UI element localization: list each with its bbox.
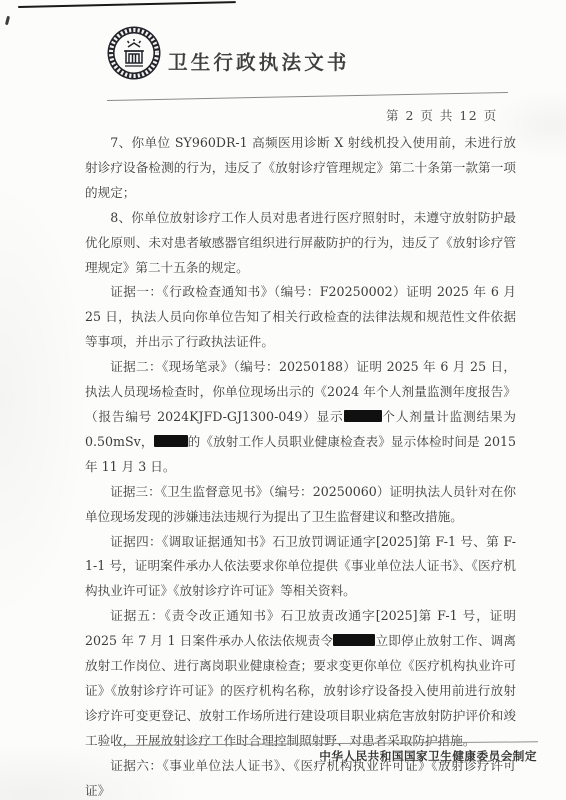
- document-title: 卫生行政执法文书: [168, 47, 350, 75]
- header-divider: [107, 92, 508, 101]
- footer-issuer: 中华人民共和国国家卫生健康委员会制定: [0, 748, 537, 764]
- scan-artifact-line: [18, 1, 236, 8]
- official-round-seal-icon: [106, 23, 164, 83]
- paragraph: 证据五：《责令改正通知书》石卫放责改通字[2025]第 F-1 号，证明 202…: [85, 604, 516, 753]
- scan-artifact-mark: [5, 16, 10, 25]
- paragraph-text: 证据四：《调取证据通知书》石卫放罚调证通字[2025]第 F-1 号、第 F-1…: [85, 534, 516, 599]
- paragraph: 7、你单位 SY960DR-1 高频医用诊断 X 射线机投入使用前，未进行放射诊…: [85, 131, 516, 206]
- page-indicator: 第 2 页 共 12 页: [386, 106, 498, 124]
- document-body: 7、你单位 SY960DR-1 高频医用诊断 X 射线机投入使用前，未进行放射诊…: [85, 131, 516, 800]
- paragraph-text: 7、你单位 SY960DR-1 高频医用诊断 X 射线机投入使用前，未进行放射诊…: [85, 135, 516, 200]
- redaction-bar: [154, 435, 188, 447]
- paragraph: 证据四：《调取证据通知书》石卫放罚调证通字[2025]第 F-1 号、第 F-1…: [85, 530, 516, 605]
- paragraph: 证据一：《行政检查通知书》（编号：F20250002）证明 2025 年 6 月…: [85, 280, 516, 355]
- official-seal: [106, 23, 164, 83]
- paragraph-text: 证据三：《卫生监督意见书》（编号：20250060）证明执法人员针对在你单位现场…: [85, 484, 516, 524]
- redaction-bar: [344, 410, 382, 422]
- paragraph-text: 8、你单位放射诊疗工作人员对患者进行医疗照射时，未遵守放射防护最优化原则、未对患…: [85, 210, 516, 275]
- paragraph-text: 证据一：《行政检查通知书》（编号：F20250002）证明 2025 年 6 月…: [85, 284, 516, 349]
- paragraph: 8、你单位放射诊疗工作人员对患者进行医疗照射时，未遵守放射防护最优化原则、未对患…: [85, 206, 516, 281]
- paragraph: 证据三：《卫生监督意见书》（编号：20250060）证明执法人员针对在你单位现场…: [85, 480, 516, 530]
- paragraph-text: 立即停止放射工作、调离放射工作岗位、进行离岗职业健康检查；要求变更你单位《医疗机…: [85, 633, 516, 748]
- redaction-bar: [333, 634, 375, 646]
- document-page: 卫生行政执法文书 第 2 页 共 12 页 7、你单位 SY960DR-1 高频…: [0, 0, 566, 800]
- paragraph: 证据二：《现场笔录》（编号：20250188）证明 2025 年 6 月 25 …: [85, 355, 516, 480]
